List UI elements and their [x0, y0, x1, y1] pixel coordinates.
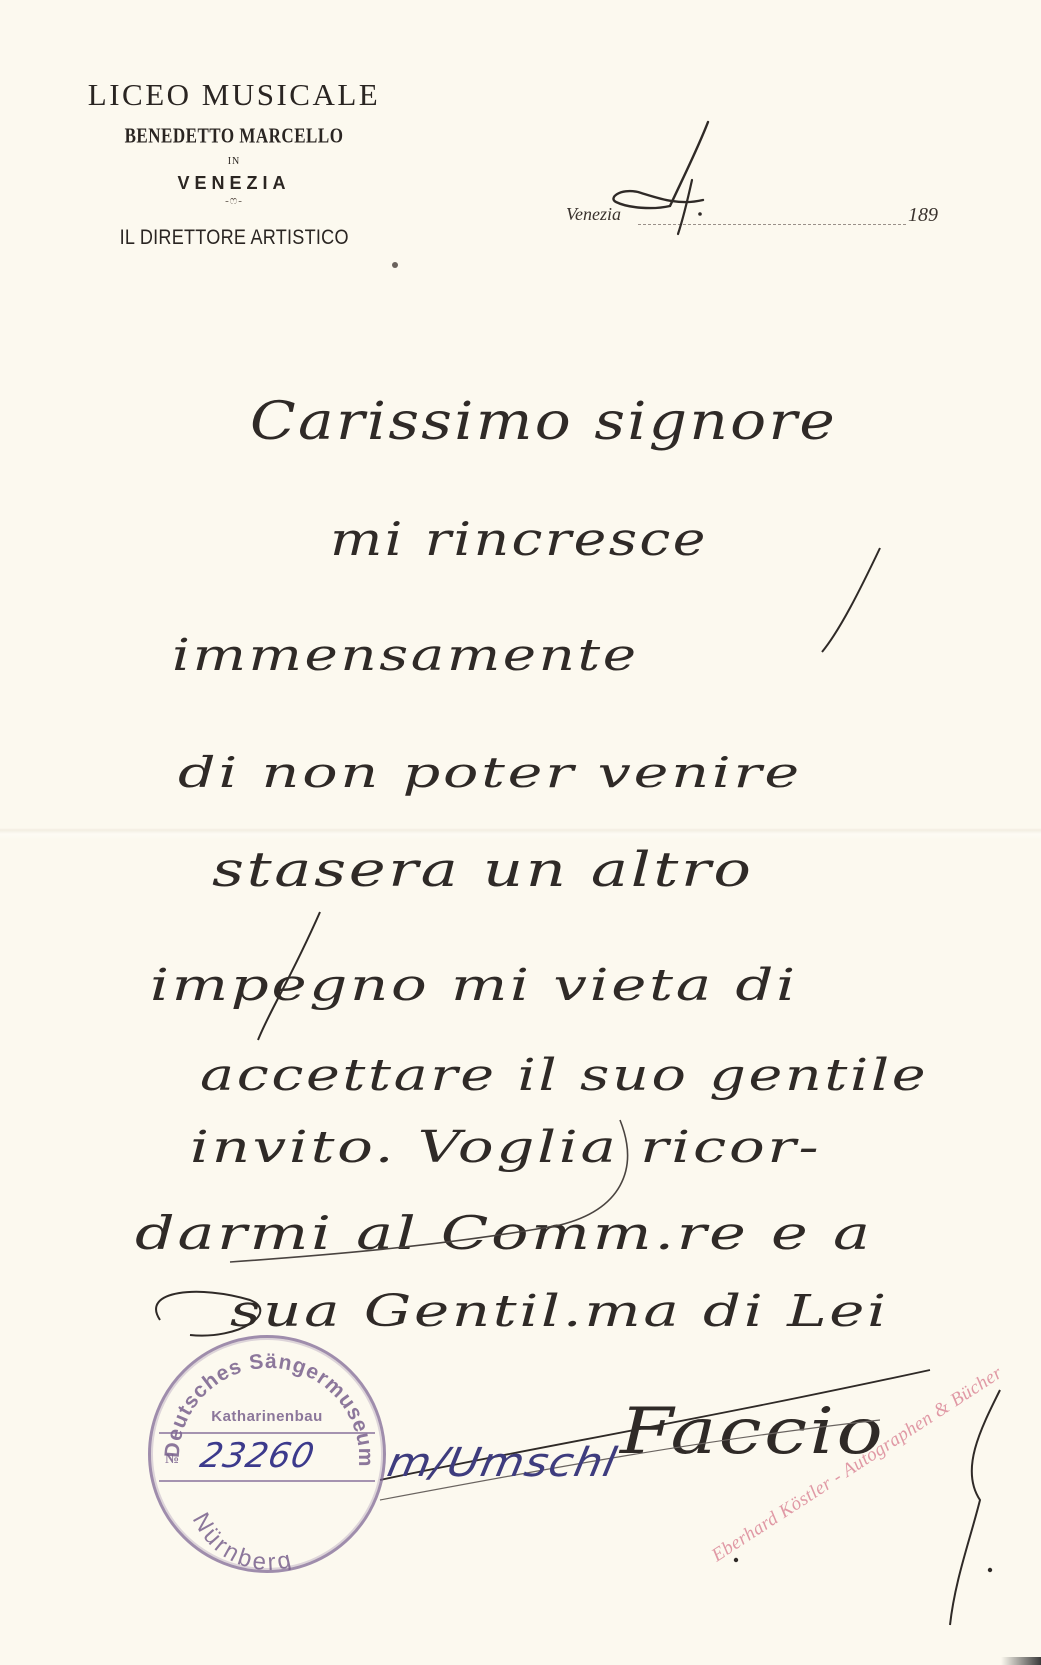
date-day-handwritten: 4	[608, 118, 718, 238]
letter-line: di non poter venire	[178, 748, 802, 797]
letter-line: sua Gentil.ma di Lei	[230, 1286, 889, 1337]
letterhead: LICEO MUSICALE BENEDETTO MARCELLO IN VEN…	[54, 78, 414, 250]
ink-dot	[392, 262, 398, 268]
letter-line: Carissimo signore	[250, 392, 837, 452]
stamp-middle-text: Katharinenbau	[191, 1408, 343, 1425]
museum-stamp: Deutsches Sängermuseum Nürnberg Katharin…	[148, 1335, 386, 1573]
letter-line: invito. Voglia ricor-	[190, 1122, 821, 1173]
letter-line: mi rincresce	[330, 512, 708, 566]
stamp-inventory-number: 23260	[197, 1436, 319, 1476]
preposition: IN	[54, 156, 414, 167]
envelope-annotation: m/Umschl	[384, 1440, 622, 1486]
svg-text:Nürnberg: Nürnberg	[187, 1508, 296, 1570]
letter-line: immensamente	[172, 630, 639, 681]
scan-edge	[1001, 1657, 1041, 1665]
institution-title: LICEO MUSICALE	[54, 78, 414, 112]
stamp-rule	[159, 1432, 375, 1434]
letter-line: accettare il suo gentile	[200, 1050, 928, 1101]
letter-line: stasera un altro	[212, 842, 754, 898]
letter-line: impegno mi vieta di	[150, 960, 798, 1011]
institution-name: BENEDETTO MARCELLO	[54, 124, 414, 149]
letterhead-city: VENEZIA	[54, 173, 414, 194]
stamp-rule	[159, 1480, 375, 1482]
stamp-number-label: №	[165, 1452, 179, 1468]
date-year: 189	[908, 204, 938, 227]
letter-line: darmi al Comm.re e a	[135, 1206, 873, 1260]
letterhead-role: IL DIRETTORE ARTISTICO	[119, 226, 348, 250]
ornament-icon: -ෆ-	[54, 195, 414, 208]
stamp-bottom-text: Nürnberg	[187, 1508, 296, 1570]
